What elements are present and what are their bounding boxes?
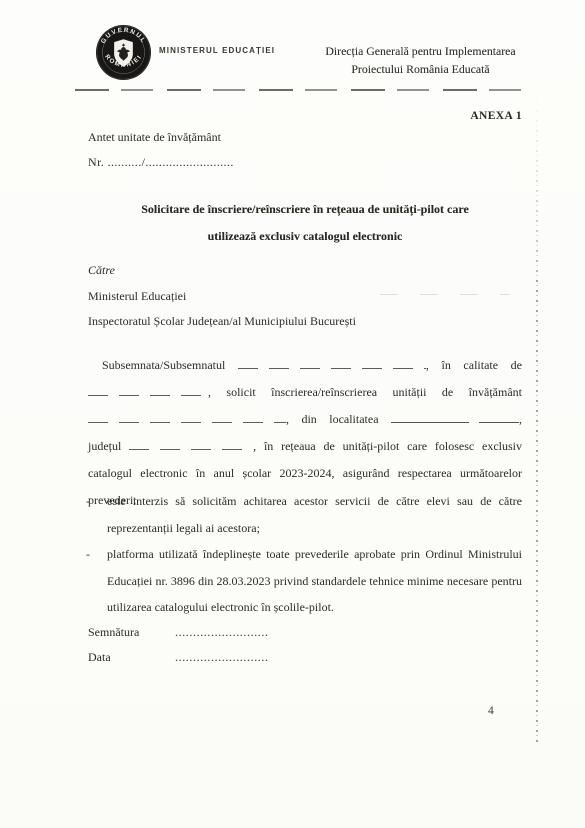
provision-text: platforma utilizată îndeplinește toate p…	[107, 547, 522, 614]
date-label: Data	[88, 645, 175, 670]
paragraph-text: Subsemnata/Subsemnatul	[102, 358, 225, 372]
fill-in-blank-locality	[391, 412, 519, 423]
page-number: 4	[488, 705, 494, 717]
paragraph-text: , în rețeaua de unități-pilot care folos…	[253, 439, 522, 453]
paragraph-line-5: catalogul electronic în anul școlar 2023…	[88, 460, 522, 487]
document-title: Solicitare de înscriere/reînscriere în r…	[88, 196, 522, 250]
paragraph-line-4: județul , în rețeaua de unități-pilot ca…	[88, 433, 522, 460]
signature-row: Semnătura ..........................	[88, 620, 269, 645]
fill-in-blank-name	[238, 358, 426, 369]
date-row: Data ..........................	[88, 645, 269, 670]
fill-in-blank-school	[88, 412, 286, 423]
signature-label: Semnătura	[88, 620, 175, 645]
paragraph-text: catalogul electronic în anul școlar 2023…	[88, 466, 522, 480]
paragraph-text: județul	[88, 439, 121, 453]
addressee-to-label: Către	[88, 258, 356, 284]
provision-item-2: - platforma utilizată îndeplinește toate…	[85, 541, 522, 621]
government-seal-icon: GUVERNUL ROMÂNIEI	[94, 23, 153, 82]
paragraph-text: , solicit înscrierea/reînscrierea unităț…	[208, 385, 522, 399]
header-divider	[75, 89, 525, 91]
date-dotted-line: ..........................	[175, 645, 269, 670]
annex-label: ANEXA 1	[300, 110, 522, 122]
paragraph-line-2: , solicit înscrierea/reînscrierea unităț…	[88, 379, 522, 406]
ministry-name: MINISTERUL EDUCAȚIEI	[159, 46, 275, 55]
document-title-line1: Solicitare de înscriere/reînscriere în r…	[88, 196, 522, 223]
addressee-block: Către Ministerul Educației Inspectoratul…	[88, 258, 356, 335]
provisions-list: - este interzis să solicităm achitarea a…	[85, 488, 522, 621]
scan-smudge-artifact	[380, 288, 510, 298]
addressee-line1: Ministerul Educației	[88, 284, 356, 310]
directorate-header: Direcția Generală pentru Implementarea P…	[308, 42, 533, 78]
provision-text: este interzis să solicităm achitarea ace…	[107, 494, 522, 535]
scanned-document-page: GUVERNUL ROMÂNIEI MINISTERUL EDUCAȚIEI D…	[0, 0, 585, 828]
addressee-line2: Inspectoratul Școlar Județean/al Municip…	[88, 309, 356, 335]
bullet-dash: -	[86, 541, 90, 568]
provision-item-1: - este interzis să solicităm achitarea a…	[85, 488, 522, 541]
letterhead-note: Antet unitate de învățământ	[88, 130, 221, 145]
directorate-line2: Proiectului România Educată	[308, 60, 533, 78]
paragraph-text: , în calitate de	[426, 358, 522, 372]
document-title-line2: utilizează exclusiv catalogul electronic	[88, 223, 522, 250]
signature-block: Semnătura .......................... Dat…	[88, 620, 269, 670]
scan-binding-artifact	[536, 100, 538, 745]
signature-dotted-line: ..........................	[175, 620, 269, 645]
fill-in-blank-county	[129, 439, 253, 450]
directorate-line1: Direcția Generală pentru Implementarea	[308, 42, 533, 60]
fill-in-blank-capacity	[88, 385, 208, 396]
paragraph-text: ,	[519, 412, 522, 426]
paragraph-text: , din localitatea	[286, 412, 379, 426]
registration-number-line: Nr. ........../.........................…	[88, 155, 234, 170]
paragraph-line-3: , din localitatea ,	[88, 406, 522, 433]
paragraph-line-1: Subsemnata/Subsemnatul , în calitate de	[88, 352, 522, 379]
bullet-dash: -	[86, 488, 90, 515]
